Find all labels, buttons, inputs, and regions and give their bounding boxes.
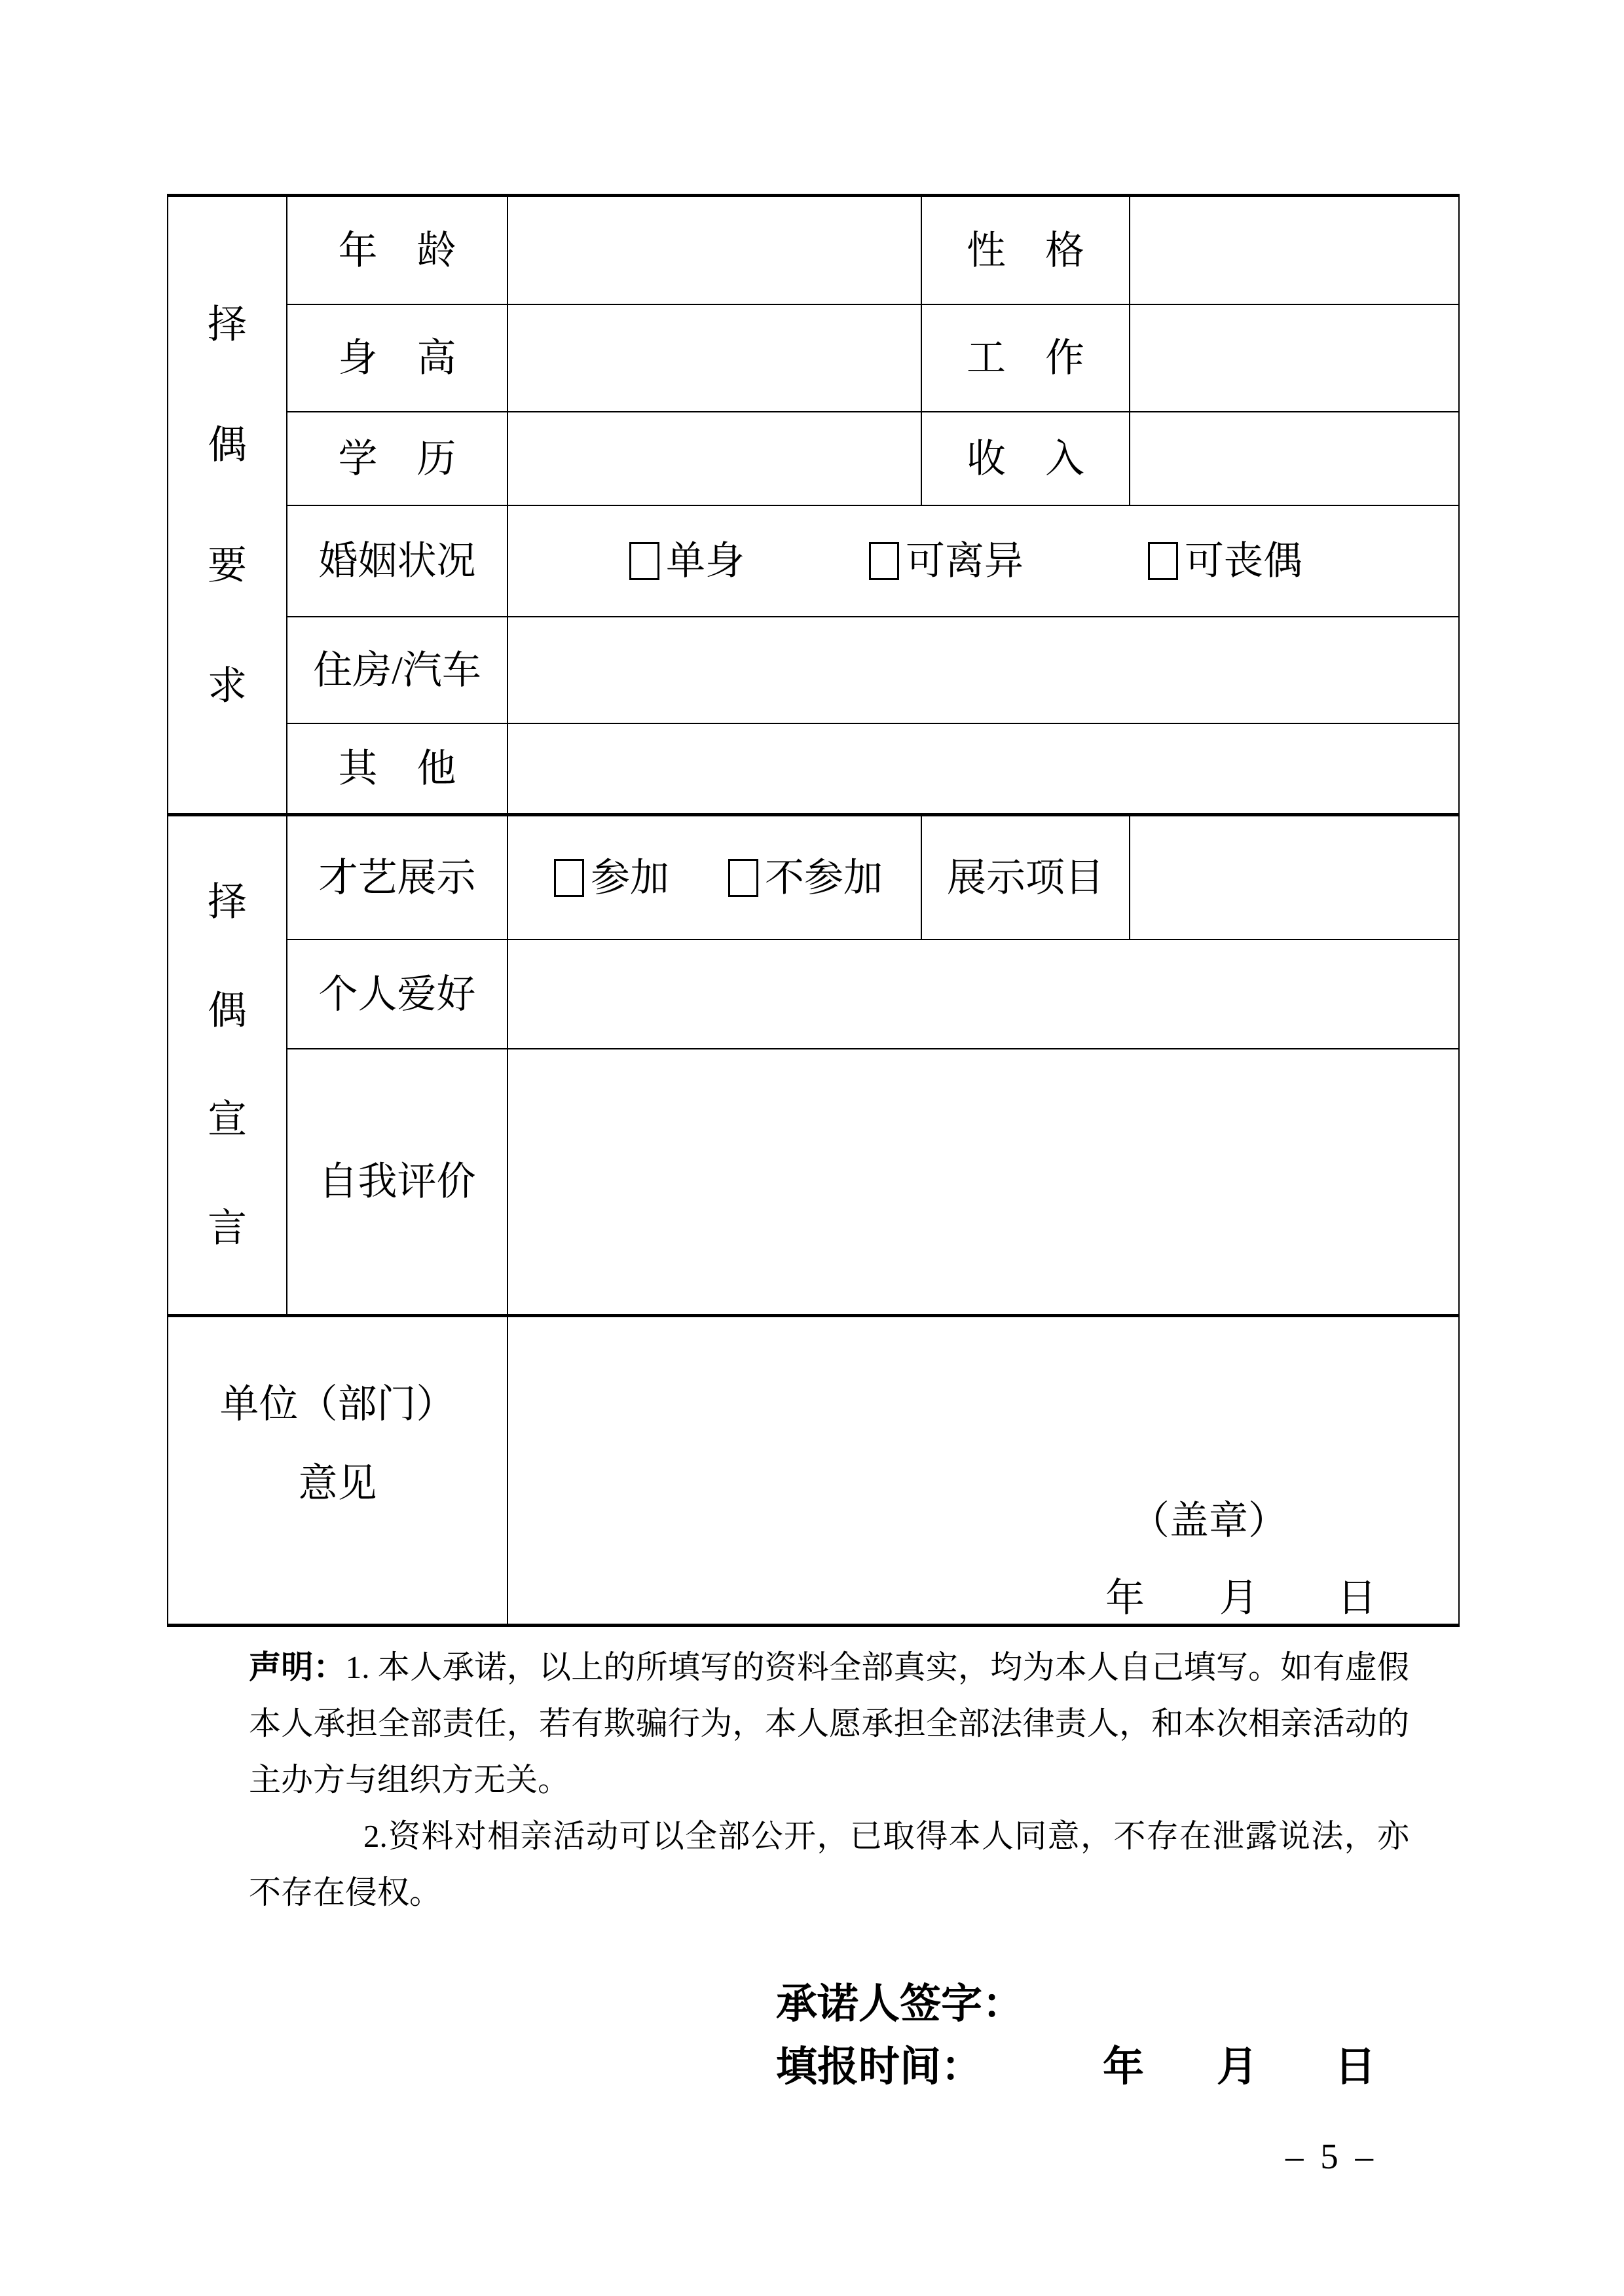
- unit-opinion-label-line1: 单位（部门）: [220, 1383, 456, 1426]
- fill-date-day-label: 日: [1335, 2033, 1376, 2093]
- unit-opinion-date-line: 年 月 日: [508, 1576, 1458, 1622]
- section1-char-2: 偶: [208, 424, 247, 467]
- personality-value-cell[interactable]: [1130, 197, 1458, 305]
- age-label: 年 龄: [287, 197, 508, 305]
- option-not-participate[interactable]: 不参加: [728, 856, 883, 900]
- section1-char-1: 择: [208, 303, 247, 346]
- self-evaluation-value-cell[interactable]: [508, 1049, 1458, 1317]
- checkbox-widowed-icon[interactable]: [1148, 542, 1178, 580]
- option-divorced-ok[interactable]: 可离异: [869, 539, 1024, 583]
- declaration-lead: 声明：: [249, 1649, 346, 1685]
- show-item-label: 展示项目: [922, 816, 1130, 940]
- option-divorced-label: 可离异: [906, 539, 1024, 583]
- spouse-selection-form-table: 择 偶 要 求 年 龄 性 格 身 高 工 作 学 历 收 入 婚姻状况 单身 …: [167, 194, 1460, 1627]
- other-label: 其 他: [287, 724, 508, 816]
- unit-date-day-label: 日: [1337, 1576, 1376, 1620]
- section2-char-1: 择: [208, 881, 247, 924]
- option-not-participate-label: 不参加: [765, 856, 883, 900]
- section1-char-3: 要: [208, 544, 247, 587]
- seal-placeholder: （盖章）: [1130, 1499, 1287, 1542]
- personality-label: 性 格: [922, 197, 1130, 305]
- other-value-cell[interactable]: [508, 724, 1458, 816]
- fill-date-year-label: 年: [1103, 2033, 1144, 2093]
- work-label: 工 作: [922, 305, 1130, 412]
- option-widowed-label: 可丧偶: [1185, 539, 1302, 583]
- section-title-spouse-declaration: 择 偶 宣 言: [168, 816, 287, 1317]
- show-item-value-cell[interactable]: [1130, 816, 1458, 940]
- checkbox-divorced-icon[interactable]: [869, 542, 899, 580]
- marital-options-cell: 单身 可离异 可丧偶: [508, 506, 1458, 617]
- housing-car-value-cell[interactable]: [508, 617, 1458, 724]
- unit-date-year-label: 年: [1105, 1576, 1145, 1620]
- fill-date-line: 填报时间： 年 月 日: [776, 2033, 1496, 2086]
- self-evaluation-label: 自我评价: [287, 1049, 508, 1317]
- section-title-spouse-requirements: 择 偶 要 求: [168, 197, 287, 816]
- height-value-cell[interactable]: [508, 305, 922, 412]
- page-number: – 5 –: [1285, 2136, 1377, 2177]
- option-single-label: 单身: [666, 539, 745, 583]
- checkbox-single-icon[interactable]: [629, 542, 659, 580]
- checkbox-not-participate-icon[interactable]: [728, 859, 758, 897]
- option-participate[interactable]: 参加: [554, 856, 669, 900]
- unit-opinion-label: 单位（部门） 意见: [168, 1317, 508, 1624]
- height-label: 身 高: [287, 305, 508, 412]
- hobbies-label: 个人爱好: [287, 940, 508, 1049]
- section2-char-4: 言: [208, 1207, 247, 1250]
- declaration-paragraph-2: 2.资料对相亲活动可以全部公开，已取得本人同意，不存在泄露说法，亦不存在侵权。: [249, 1808, 1409, 1921]
- education-value-cell[interactable]: [508, 412, 922, 506]
- marital-status-label: 婚姻状况: [287, 506, 508, 617]
- section1-char-4: 求: [208, 665, 247, 708]
- checkbox-participate-icon[interactable]: [554, 859, 584, 897]
- option-widowed-ok[interactable]: 可丧偶: [1148, 539, 1302, 583]
- unit-opinion-value-cell[interactable]: （盖章） 年 月 日: [508, 1317, 1458, 1624]
- section2-char-2: 偶: [208, 989, 247, 1032]
- talent-options-cell: 参加 不参加: [508, 816, 922, 940]
- housing-car-label: 住房/汽车: [287, 617, 508, 724]
- hobbies-value-cell[interactable]: [508, 940, 1458, 1049]
- unit-opinion-label-line2: 意见: [299, 1462, 377, 1505]
- section2-char-3: 宣: [208, 1098, 247, 1141]
- income-label: 收 入: [922, 412, 1130, 506]
- fill-date-label: 填报时间：: [776, 2033, 982, 2093]
- age-value-cell[interactable]: [508, 197, 922, 305]
- declaration-paragraph-1-text: 1. 本人承诺，以上的所填写的资料全部真实，均为本人自己填写。如有虚假本人承担全…: [249, 1649, 1409, 1798]
- talent-show-label: 才艺展示: [287, 816, 508, 940]
- declaration-block: 声明：1. 本人承诺，以上的所填写的资料全部真实，均为本人自己填写。如有虚假本人…: [249, 1639, 1409, 1921]
- income-value-cell[interactable]: [1130, 412, 1458, 506]
- promiser-signature-label: 承诺人签字：: [776, 1971, 1024, 2030]
- declaration-paragraph-1: 声明：1. 本人承诺，以上的所填写的资料全部真实，均为本人自己填写。如有虚假本人…: [249, 1639, 1409, 1808]
- option-participate-label: 参加: [591, 856, 669, 900]
- work-value-cell[interactable]: [1130, 305, 1458, 412]
- fill-date-month-label: 月: [1217, 2033, 1258, 2093]
- option-single[interactable]: 单身: [629, 539, 745, 583]
- unit-date-month-label: 月: [1219, 1576, 1259, 1620]
- education-label: 学 历: [287, 412, 508, 506]
